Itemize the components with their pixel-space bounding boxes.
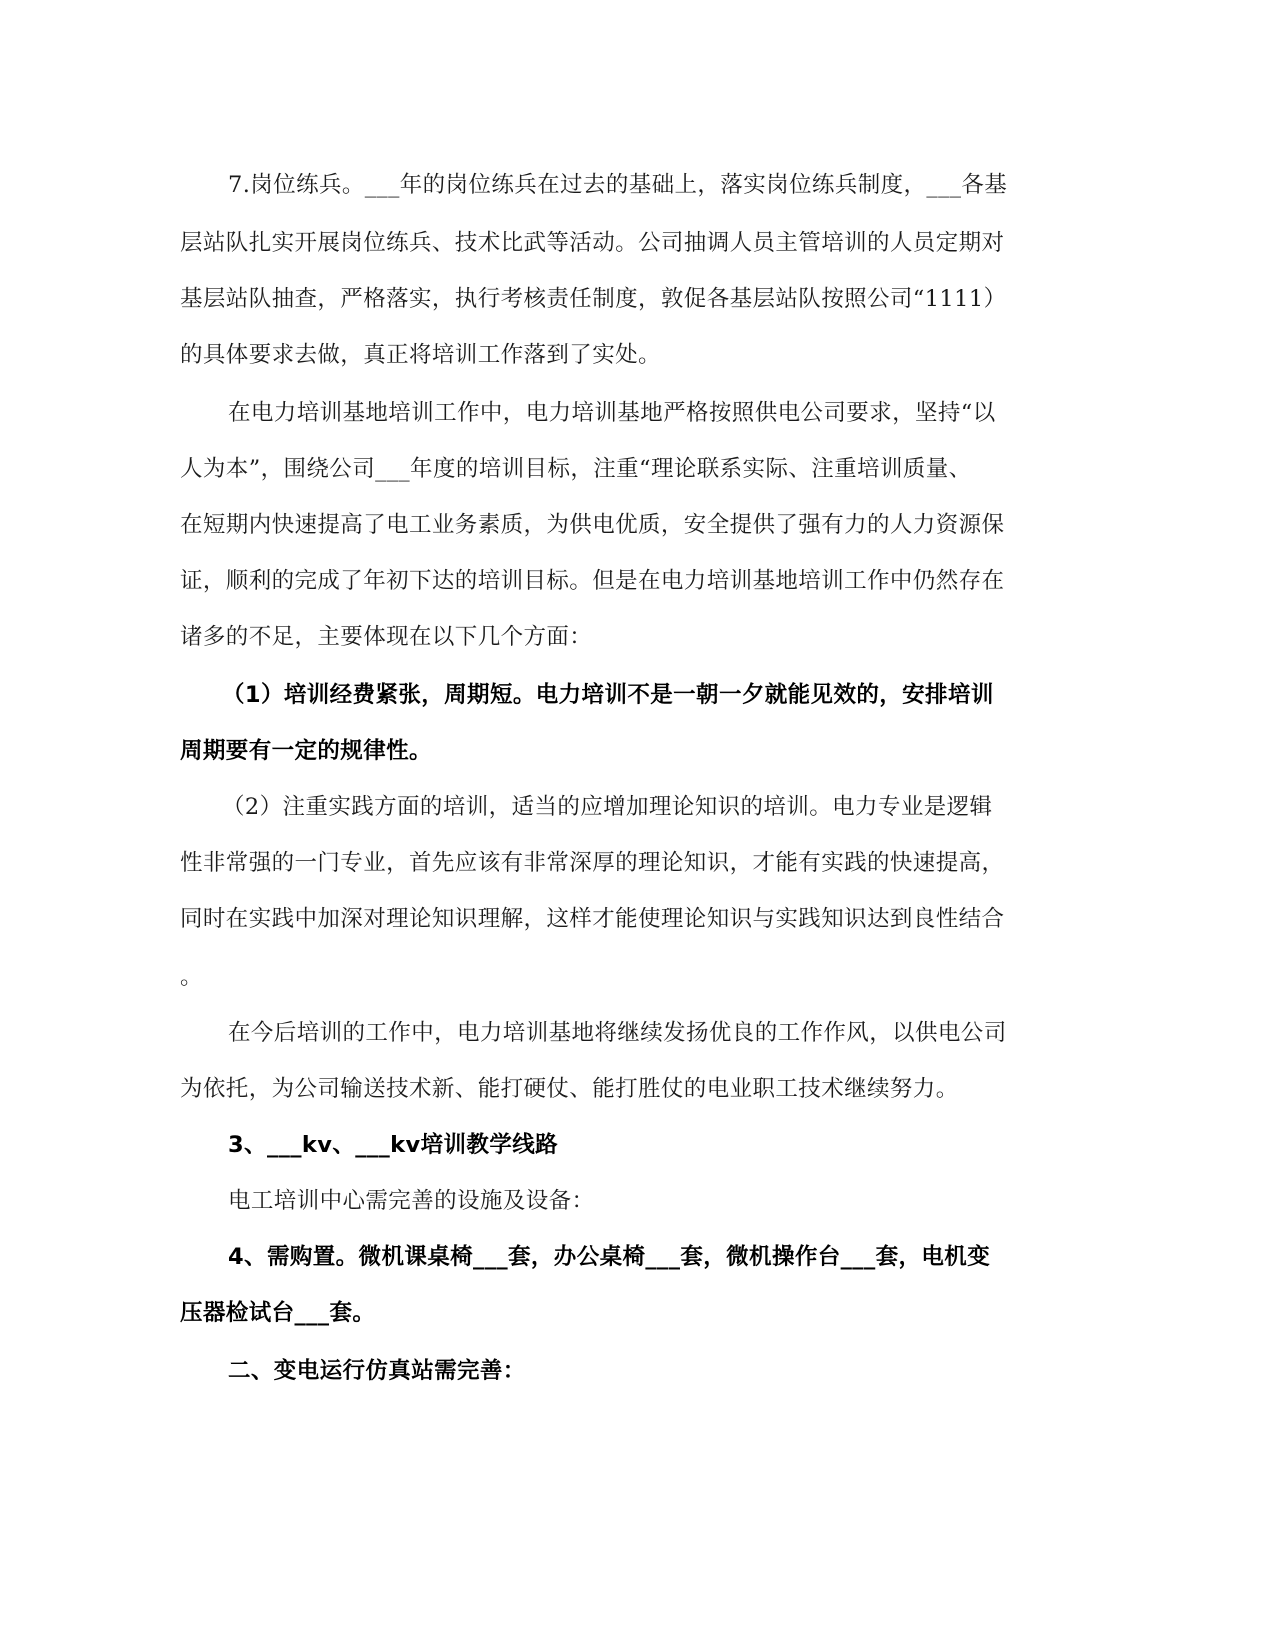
paragraph-4-line-4: 。 <box>180 962 1040 992</box>
document-page: 7.岗位练兵。___年的岗位练兵在过去的基础上，落实岗位练兵制度，___各基 层… <box>0 0 1275 1650</box>
paragraph-1-line-4: 的具体要求去做，真正将培训工作落到了实处。 <box>180 340 1040 370</box>
paragraph-4-line-1: （2）注重实践方面的培训，适当的应增加理论知识的培训。电力专业是逻辑 <box>222 792 1082 822</box>
paragraph-1-line-1: 7.岗位练兵。___年的岗位练兵在过去的基础上，落实岗位练兵制度，___各基 <box>228 170 1040 200</box>
paragraph-2-line-5: 诸多的不足，主要体现在以下几个方面： <box>180 622 1040 652</box>
paragraph-5-line-1: 在今后培训的工作中，电力培训基地将继续发扬优良的工作作风，以供电公司 <box>228 1018 1040 1048</box>
section-heading-2: 二、变电运行仿真站需完善： <box>228 1356 1040 1386</box>
paragraph-2-line-4: 证，顺利的完成了年初下达的培训目标。但是在电力培训基地培训工作中仍然存在 <box>180 566 1040 596</box>
paragraph-2-line-3: 在短期内快速提高了电工业务素质，为供电优质，安全提供了强有力的人力资源保 <box>180 510 1040 540</box>
paragraph-4-line-2: 性非常强的一门专业，首先应该有非常深厚的理论知识，才能有实践的快速提高， <box>180 848 1040 878</box>
paragraph-2-line-1: 在电力培训基地培训工作中，电力培训基地严格按照供电公司要求，坚持“以 <box>228 398 1040 428</box>
section-heading-4-line-1: 4、需购置。微机课桌椅___套，办公桌椅___套，微机操作台___套，电机变 <box>228 1242 1040 1272</box>
paragraph-1-line-3: 基层站队抽查，严格落实，执行考核责任制度，敦促各基层站队按照公司“1111） <box>180 284 1040 314</box>
paragraph-5-line-2: 为依托，为公司输送技术新、能打硬仗、能打胜仗的电业职工技术继续努力。 <box>180 1074 1040 1104</box>
paragraph-1-line-2: 层站队扎实开展岗位练兵、技术比武等活动。公司抽调人员主管培训的人员定期对 <box>180 228 1040 258</box>
facilities-intro: 电工培训中心需完善的设施及设备： <box>228 1186 1040 1216</box>
section-heading-4-line-2: 压器检试台___套。 <box>180 1298 1040 1328</box>
paragraph-2-line-2: 人为本”，围绕公司___年度的培训目标，注重“理论联系实际、注重培训质量、 <box>180 454 1040 484</box>
section-heading-3: 3、___kv、___kv培训教学线路 <box>228 1130 1040 1160</box>
paragraph-3-line-1: （1）培训经费紧张，周期短。电力培训不是一朝一夕就能见效的，安排培训 <box>222 680 1082 710</box>
paragraph-4-line-3: 同时在实践中加深对理论知识理解，这样才能使理论知识与实践知识达到良性结合 <box>180 904 1040 934</box>
paragraph-3-line-2: 周期要有一定的规律性。 <box>180 736 1040 766</box>
